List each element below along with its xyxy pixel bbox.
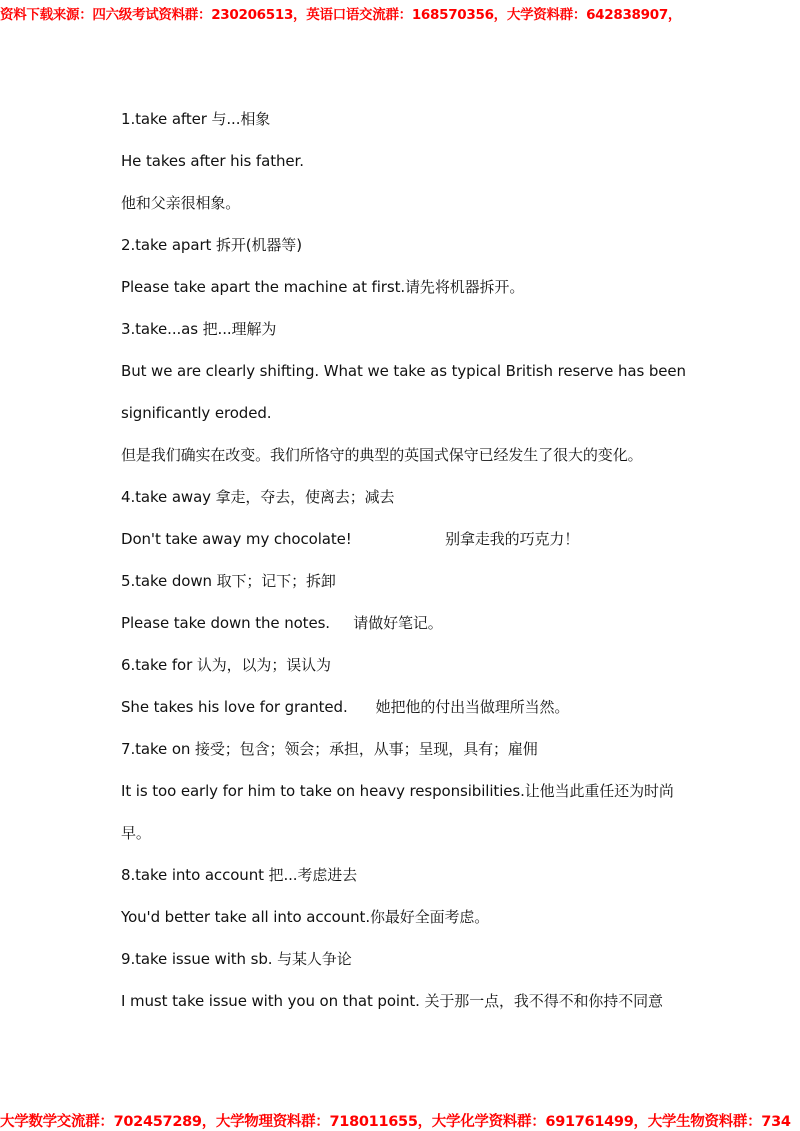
example-translation: 他和父亲很相象。: [121, 192, 691, 234]
phrase-heading-take-apart: 2.take apart 拆开(机器等): [121, 234, 691, 276]
phrase-heading-take-after: 1.take after 与...相象: [121, 108, 691, 150]
example-sentence: She takes his love for granted. 她把他的付出当做…: [121, 696, 691, 738]
example-sentence: Don't take away my chocolate! 别拿走我的巧克力！: [121, 528, 691, 570]
example-sentence: I must take issue with you on that point…: [121, 990, 691, 1032]
example-sentence: But we are clearly shifting. What we tak…: [121, 360, 691, 402]
example-sentence: Please take down the notes. 请做好笔记。: [121, 612, 691, 654]
phrase-heading-take-on: 7.take on 接受；包含；领会；承担，从事；呈现，具有；雇佣: [121, 738, 691, 780]
example-sentence: Please take apart the machine at first.请…: [121, 276, 691, 318]
example-sentence-cont: 早。: [121, 822, 691, 864]
phrase-heading-take-away: 4.take away 拿走，夺去，使离去；减去: [121, 486, 691, 528]
example-sentence: He takes after his father.: [121, 150, 691, 192]
example-sentence-cont: significantly eroded.: [121, 402, 691, 444]
phrase-heading-take-into-account: 8.take into account 把...考虑进去: [121, 864, 691, 906]
document-body: 1.take after 与...相象 He takes after his f…: [121, 108, 691, 1032]
header-banner: 资料下载来源：四六级考试资料群：230206513，英语口语交流群：168570…: [0, 3, 681, 23]
footer-banner: 大学数学交流群：702457289，大学物理资料群：718011655，大学化学…: [0, 1110, 791, 1131]
phrase-heading-take-for: 6.take for 认为，以为；误认为: [121, 654, 691, 696]
example-sentence: It is too early for him to take on heavy…: [121, 780, 691, 822]
example-translation: 但是我们确实在改变。我们所恪守的典型的英国式保守已经发生了很大的变化。: [121, 444, 691, 486]
phrase-heading-take-issue-with: 9.take issue with sb. 与某人争论: [121, 948, 691, 990]
example-sentence: You'd better take all into account.你最好全面…: [121, 906, 691, 948]
phrase-heading-take-as: 3.take...as 把...理解为: [121, 318, 691, 360]
phrase-heading-take-down: 5.take down 取下；记下；拆卸: [121, 570, 691, 612]
